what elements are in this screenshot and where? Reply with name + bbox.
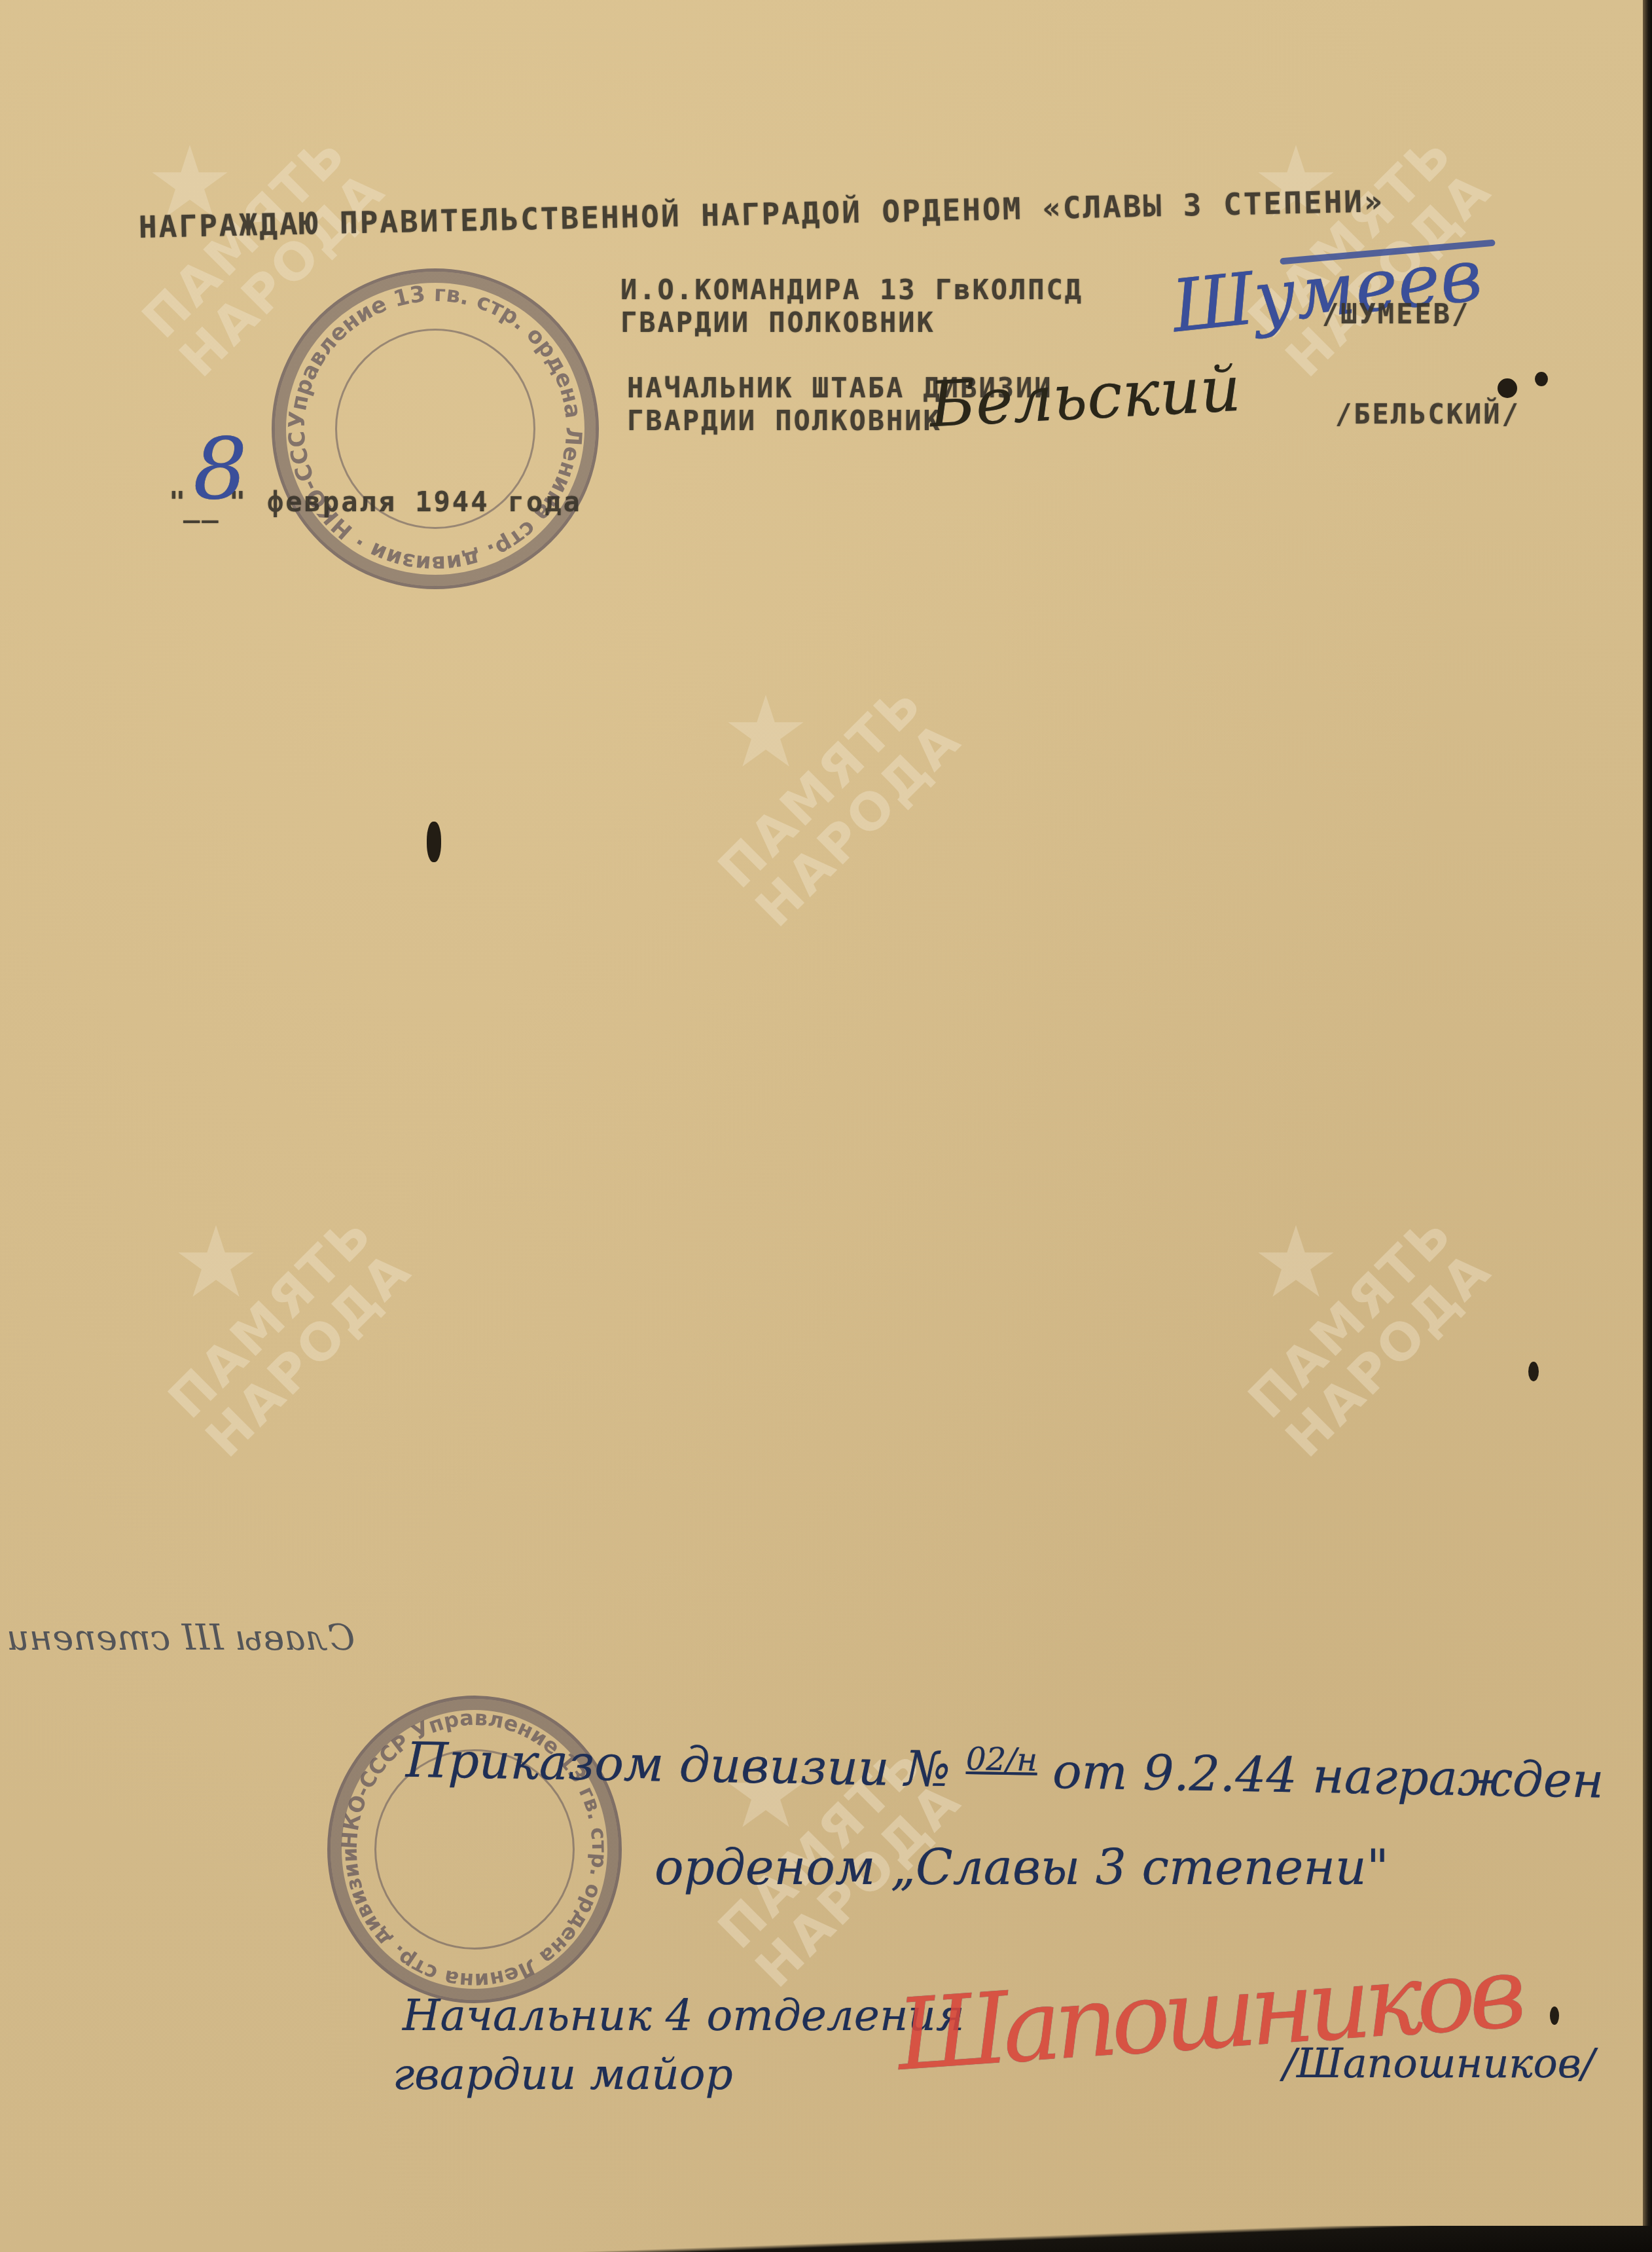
- order-number: 02/н: [966, 1741, 1038, 1779]
- watermark: ★ ПАМЯТЬ НАРОДА: [85, 1131, 425, 1470]
- closing-title-line1: Начальник 4 отделения: [403, 1990, 965, 2041]
- signatory-1-name: /ШУМЕЕВ/: [1322, 298, 1470, 330]
- page-right-edge: [1643, 0, 1652, 2252]
- watermark: ★ ПАМЯТЬ НАРОДА: [635, 600, 975, 940]
- signatory-2-signature: Бельский: [927, 352, 1242, 442]
- ink-blot: [1498, 378, 1517, 398]
- signatory-1-title-line1: И.О.КОМАНДИРА 13 ГвКОЛПСД: [620, 274, 1083, 306]
- closing-title-line2: гвардии майор: [393, 2049, 733, 2099]
- award-heading: НАГРАЖДАЮ ПРАВИТЕЛЬСТВЕННОЙ НАГРАДОЙ ОРД…: [138, 183, 1384, 245]
- closing-name: /Шапошников/: [1283, 2039, 1595, 2087]
- order-prefix: Приказом дивизии №: [405, 1732, 951, 1798]
- ink-blot: [1550, 2007, 1559, 2025]
- bleed-through-text: Славы III степени: [7, 1617, 355, 1658]
- star-icon: ★: [1160, 1214, 1435, 1312]
- star-icon: ★: [80, 1214, 355, 1312]
- date-day-handwritten: 8: [193, 419, 247, 518]
- ink-blot: [427, 822, 441, 862]
- signatory-1-title-line2: ГВАРДИИ ПОЛКОВНИК: [620, 306, 935, 338]
- signatory-2-title-line2: ГВАРДИИ ПОЛКОВНИК: [627, 405, 942, 437]
- watermark: ★ ПАМЯТЬ НАРОДА: [1165, 1131, 1505, 1470]
- document-page: ★ ПАМЯТЬ НАРОДА ★ ПАМЯТЬ НАРОДА ★ ПАМЯТЬ…: [0, 0, 1652, 2252]
- order-note-line2: орденом „Славы 3 степени": [655, 1840, 1389, 1896]
- signatory-2-name: /БЕЛЬСКИЙ/: [1335, 398, 1520, 430]
- date-rest: февраля 1944 года: [267, 486, 582, 518]
- ink-blot: [1528, 1362, 1539, 1381]
- svg-text:Управление 13 гв. стр. ордена: Управление 13 гв. стр. ордена Ленина стр…: [275, 272, 586, 577]
- page-bottom-edge: [0, 2226, 1652, 2252]
- official-stamp-top: Управление 13 гв. стр. ордена Ленина стр…: [272, 268, 599, 589]
- watermark: ★ ПАМЯТЬ НАРОДА: [635, 1661, 975, 2001]
- star-icon: ★: [630, 683, 905, 782]
- stamp-text-ring: Управление 13 гв. стр. ордена Ленина стр…: [275, 272, 596, 586]
- ink-blot: [1535, 372, 1548, 386]
- order-suffix: от 9.2.44 награжден: [1052, 1743, 1604, 1809]
